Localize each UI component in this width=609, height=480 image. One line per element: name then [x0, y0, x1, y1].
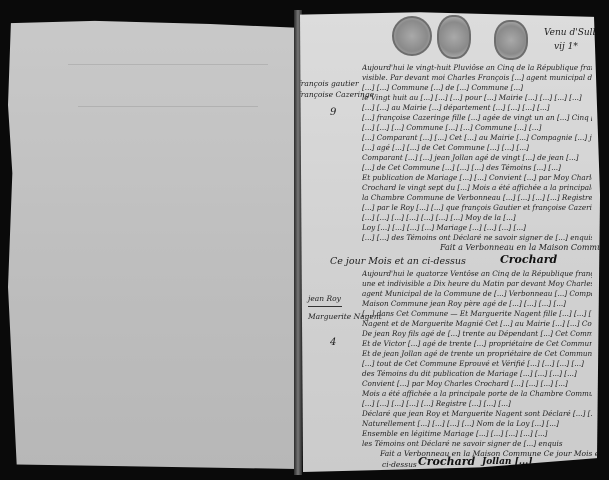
- margin-rule: [308, 306, 342, 307]
- entry-1-date-line: Ce jour Mois et an ci-dessus: [330, 256, 466, 267]
- entry-1-signature: Crochard: [500, 253, 557, 266]
- entry-number: 4: [330, 338, 336, 348]
- stamp-seal-1: [392, 16, 432, 56]
- entry-2-date-line: ci-dessus: [382, 459, 417, 470]
- right-page: Venu d'Sulla vij 1* françois gautier fra…: [300, 10, 600, 472]
- faint-rule: [68, 64, 268, 65]
- show-through-text: ​: [68, 44, 268, 54]
- stamp-seal-2: [437, 15, 471, 59]
- entry-2-signature-1: Crochard: [418, 455, 475, 468]
- margin-name-groom: jean Roy: [308, 294, 341, 304]
- faint-rule: [78, 106, 258, 107]
- left-page: ​: [8, 14, 297, 469]
- entry-1-closing: Fait a Verbonneau en la Maison Commune: [440, 242, 609, 253]
- margin-name-groom: françois gautier: [298, 79, 359, 89]
- header-note-1: Venu d'Sulla: [544, 28, 601, 39]
- stamp-seal-3: [494, 20, 528, 60]
- header-note-2: vij 1*: [554, 42, 578, 53]
- entry-number: 9: [330, 108, 336, 118]
